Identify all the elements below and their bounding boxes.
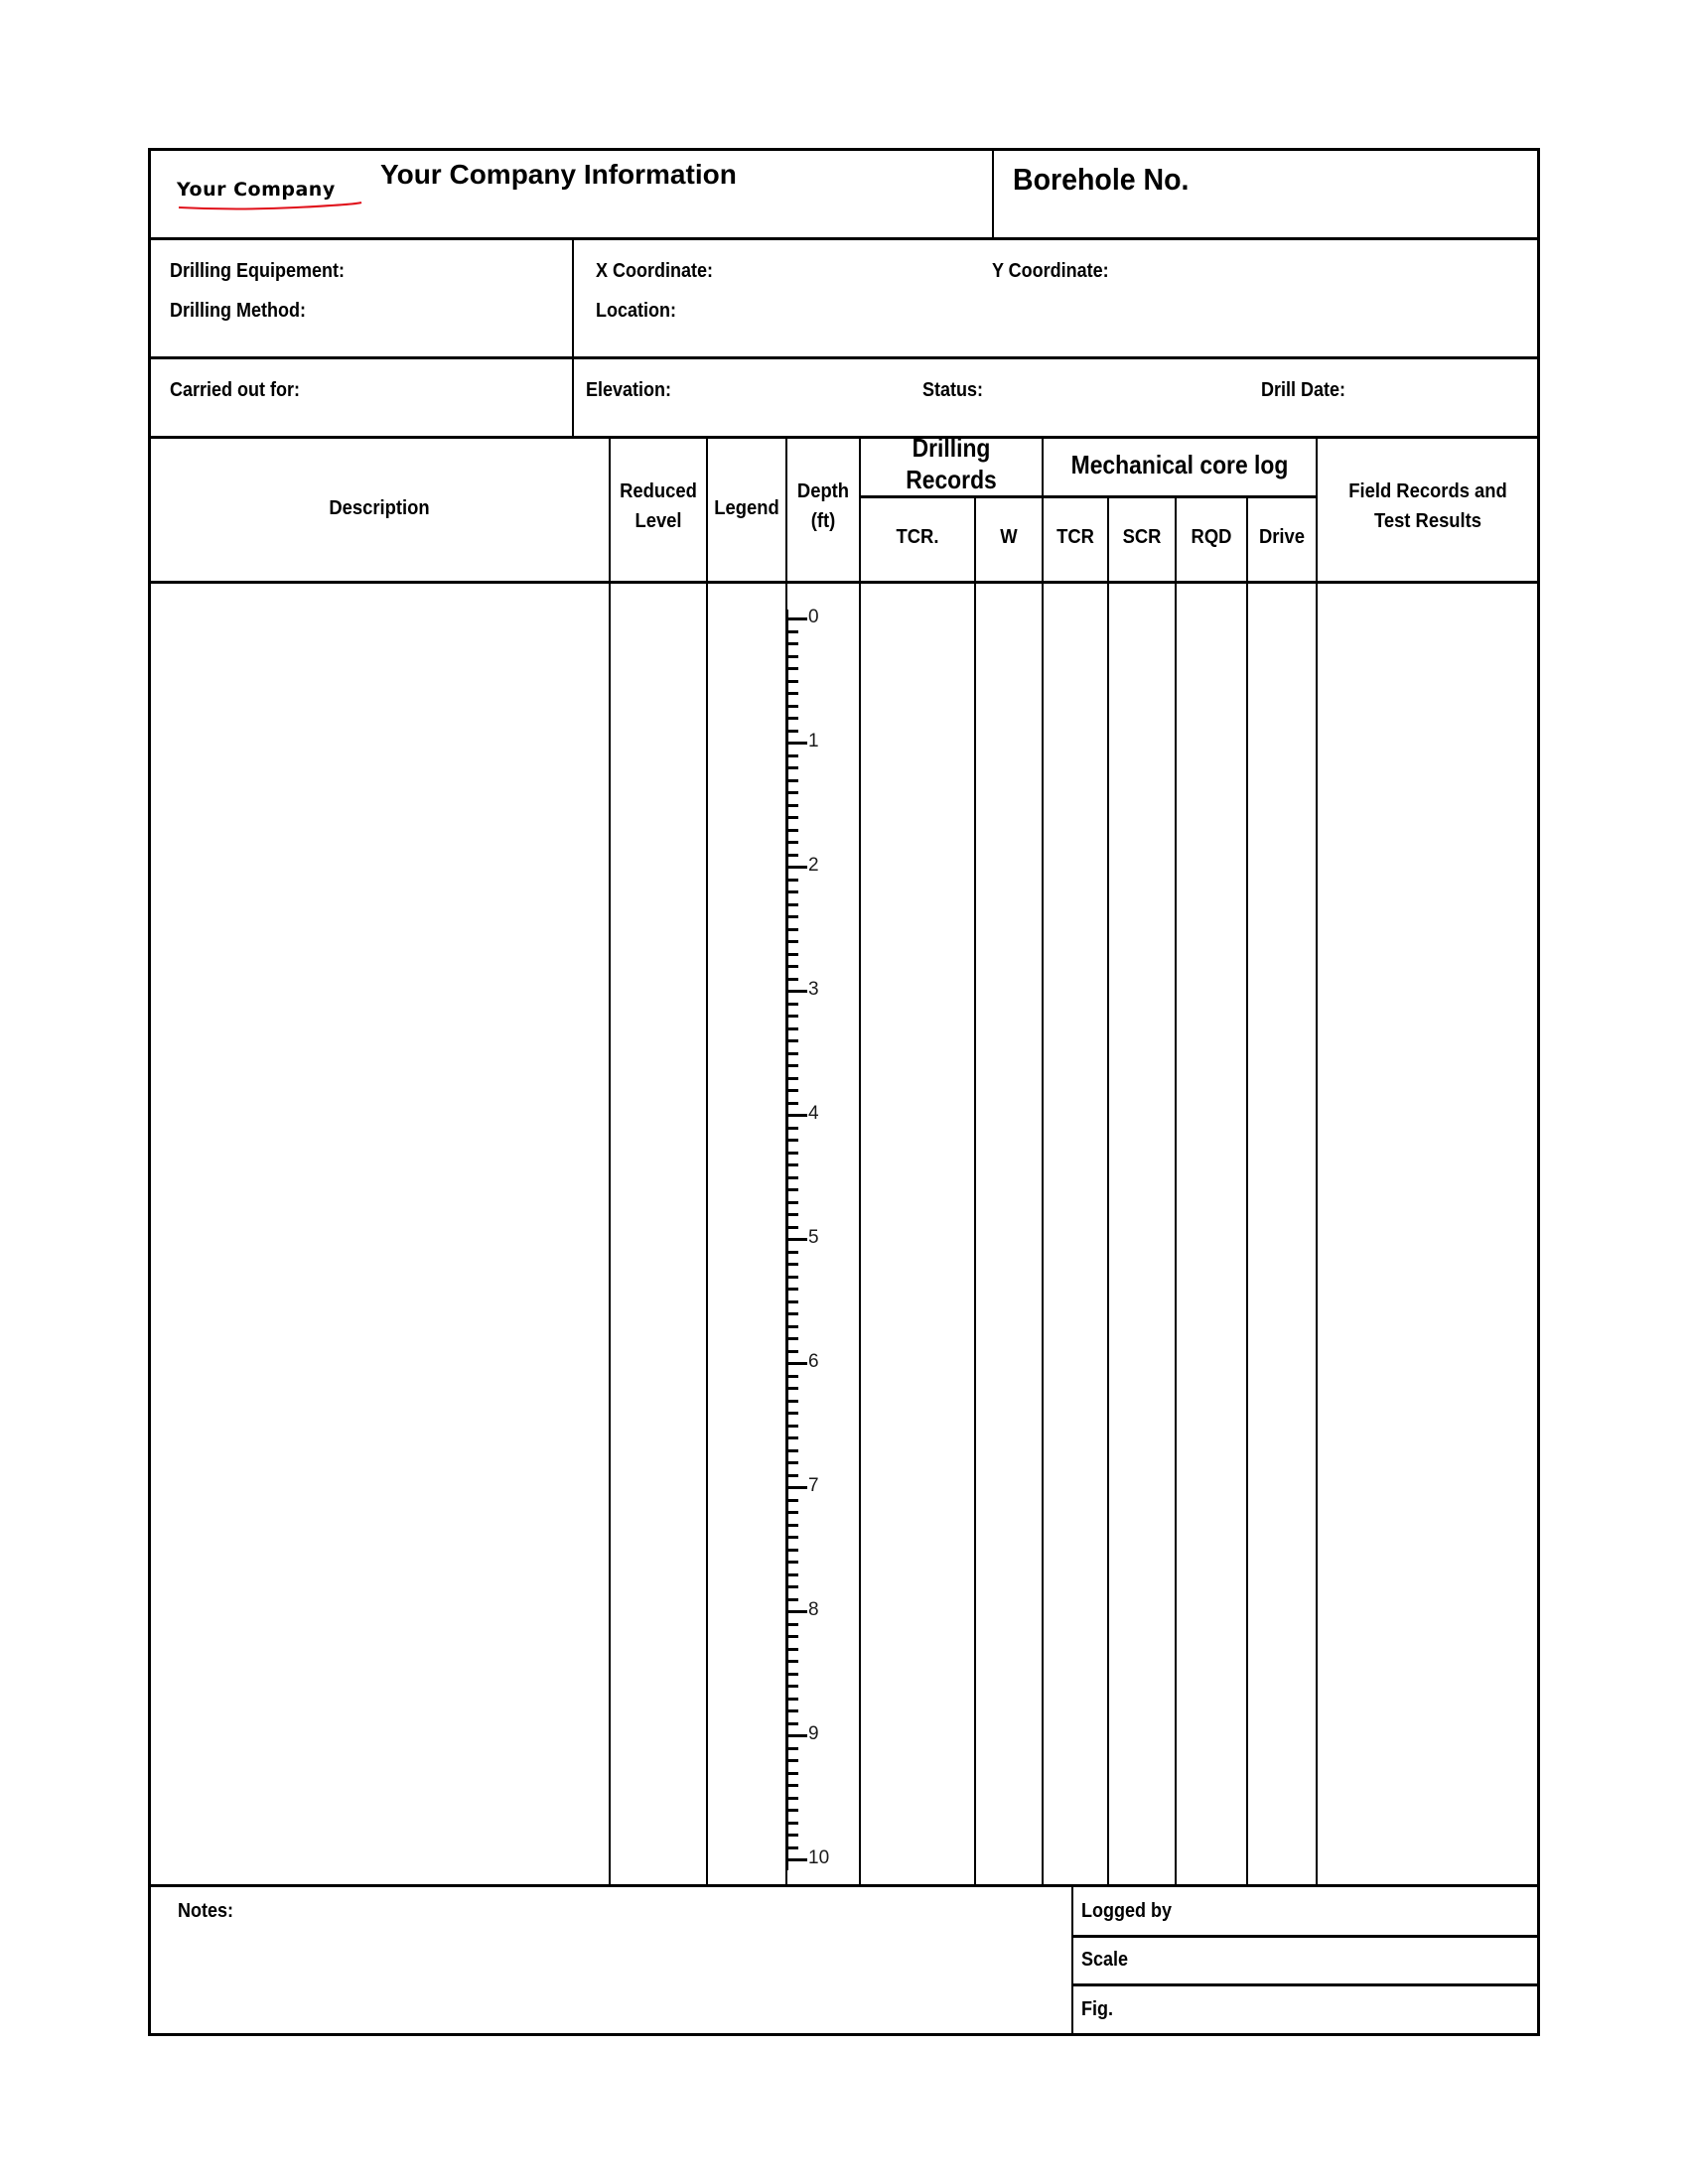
depth-minor-tick bbox=[787, 717, 798, 720]
depth-minor-tick bbox=[787, 1226, 798, 1229]
depth-minor-tick bbox=[787, 692, 798, 695]
depth-minor-tick bbox=[787, 1747, 798, 1750]
company-logo: Your Company bbox=[177, 179, 365, 210]
depth-minor-tick bbox=[787, 766, 798, 769]
depth-minor-tick bbox=[787, 1809, 798, 1812]
status-label: Status: bbox=[922, 379, 983, 402]
depth-major-tick bbox=[787, 617, 807, 620]
depth-minor-tick bbox=[787, 829, 798, 832]
depth-minor-tick bbox=[787, 1698, 798, 1701]
col-header-mechanical-core-log: Mechanical core log bbox=[1059, 449, 1301, 480]
depth-major-tick bbox=[787, 1734, 807, 1737]
depth-major-tick bbox=[787, 990, 807, 993]
depth-minor-tick bbox=[787, 940, 798, 943]
depth-minor-tick bbox=[787, 1436, 798, 1439]
depth-minor-tick bbox=[787, 1163, 798, 1166]
divider-logged-by bbox=[1072, 1935, 1539, 1938]
depth-minor-tick bbox=[787, 1797, 798, 1800]
depth-minor-tick bbox=[787, 680, 798, 683]
depth-minor-tick bbox=[787, 816, 798, 819]
depth-major-tick bbox=[787, 1114, 807, 1117]
depth-minor-tick bbox=[787, 1152, 798, 1155]
divider-subheader bbox=[860, 495, 1317, 498]
depth-minor-tick bbox=[787, 1052, 798, 1055]
depth-minor-tick bbox=[787, 1027, 798, 1030]
col-header-core-scr: SCR bbox=[1111, 522, 1174, 552]
depth-minor-tick bbox=[787, 642, 798, 645]
col-header-core-rqd: RQD bbox=[1179, 522, 1244, 552]
depth-minor-tick bbox=[787, 1201, 798, 1204]
depth-tick-label: 8 bbox=[808, 1600, 819, 1620]
drill-date-label: Drill Date: bbox=[1261, 379, 1345, 402]
depth-minor-tick bbox=[787, 1598, 798, 1601]
fig-label: Fig. bbox=[1081, 1998, 1113, 2021]
depth-minor-tick bbox=[787, 1251, 798, 1254]
logo-swoosh-icon bbox=[177, 199, 365, 210]
depth-minor-tick bbox=[787, 1127, 798, 1130]
depth-minor-tick bbox=[787, 1722, 798, 1725]
depth-minor-tick bbox=[787, 730, 798, 733]
depth-minor-tick bbox=[787, 915, 798, 918]
divider-borehole bbox=[992, 149, 994, 238]
depth-minor-tick bbox=[787, 1449, 798, 1452]
drilling-equipment-label: Drilling Equipement: bbox=[170, 260, 345, 283]
depth-minor-tick bbox=[787, 630, 798, 633]
frame-right bbox=[1537, 148, 1540, 2036]
reduced-level-cell[interactable] bbox=[611, 584, 706, 1884]
depth-minor-tick bbox=[787, 1660, 798, 1663]
depth-tick-label: 3 bbox=[808, 980, 819, 1000]
depth-minor-tick bbox=[787, 879, 798, 882]
depth-minor-tick bbox=[787, 903, 798, 906]
company-title: Your Company Information bbox=[380, 159, 737, 191]
col-header-drilling-tcr: TCR. bbox=[865, 522, 971, 552]
divider-notes bbox=[1071, 1886, 1073, 2035]
depth-tick-label: 0 bbox=[808, 608, 819, 627]
depth-minor-tick bbox=[787, 1834, 798, 1837]
depth-minor-tick bbox=[787, 1015, 798, 1018]
frame-top bbox=[148, 148, 1540, 151]
frame-bottom bbox=[148, 2033, 1540, 2036]
description-cell[interactable] bbox=[151, 584, 609, 1884]
depth-minor-tick bbox=[787, 1709, 798, 1712]
divider-info bbox=[572, 238, 574, 437]
divider-scale bbox=[1072, 1983, 1539, 1986]
core-drive-cell[interactable] bbox=[1248, 584, 1316, 1884]
depth-major-tick bbox=[787, 1362, 807, 1365]
depth-minor-tick bbox=[787, 1536, 798, 1539]
drilling-tcr-cell[interactable] bbox=[861, 584, 974, 1884]
borehole-number-label: Borehole No. bbox=[1013, 162, 1189, 198]
depth-minor-tick bbox=[787, 1759, 798, 1762]
depth-major-tick bbox=[787, 1858, 807, 1861]
col-header-drilling-w: W bbox=[978, 522, 1041, 552]
depth-minor-tick bbox=[787, 705, 798, 708]
depth-minor-tick bbox=[787, 791, 798, 794]
elevation-label: Elevation: bbox=[586, 379, 671, 402]
depth-scale: 012345678910 bbox=[786, 582, 860, 1885]
depth-tick-label: 9 bbox=[808, 1724, 819, 1744]
depth-tick-label: 1 bbox=[808, 732, 819, 751]
depth-minor-tick bbox=[787, 804, 798, 807]
depth-minor-tick bbox=[787, 1474, 798, 1477]
depth-minor-tick bbox=[787, 1511, 798, 1514]
depth-minor-tick bbox=[787, 1139, 798, 1142]
col-header-reduced-level: Reduced Level bbox=[614, 477, 703, 536]
depth-minor-tick bbox=[787, 1822, 798, 1825]
depth-minor-tick bbox=[787, 978, 798, 981]
depth-minor-tick bbox=[787, 1337, 798, 1340]
depth-minor-tick bbox=[787, 655, 798, 658]
depth-minor-tick bbox=[787, 779, 798, 782]
depth-minor-tick bbox=[787, 1039, 798, 1042]
depth-minor-tick bbox=[787, 1648, 798, 1651]
logo-text: Your Company bbox=[177, 179, 336, 201]
depth-major-tick bbox=[787, 742, 807, 745]
depth-major-tick bbox=[787, 1238, 807, 1241]
depth-minor-tick bbox=[787, 1846, 798, 1849]
depth-minor-tick bbox=[787, 1312, 798, 1315]
depth-minor-tick bbox=[787, 1276, 798, 1279]
drilling-method-label: Drilling Method: bbox=[170, 300, 306, 323]
core-scr-cell[interactable] bbox=[1109, 584, 1175, 1884]
col-header-core-drive: Drive bbox=[1250, 522, 1314, 552]
depth-minor-tick bbox=[787, 1573, 798, 1576]
legend-cell[interactable] bbox=[708, 584, 785, 1884]
depth-minor-tick bbox=[787, 1549, 798, 1552]
depth-minor-tick bbox=[787, 841, 798, 844]
depth-minor-tick bbox=[787, 1003, 798, 1006]
col-header-field-records: Field Records and Test Results bbox=[1326, 477, 1530, 536]
depth-minor-tick bbox=[787, 1325, 798, 1328]
logged-by-label: Logged by bbox=[1081, 1900, 1172, 1923]
depth-minor-tick bbox=[787, 965, 798, 968]
depth-minor-tick bbox=[787, 1524, 798, 1527]
depth-tick-label: 4 bbox=[808, 1104, 819, 1124]
depth-tick-label: 2 bbox=[808, 856, 819, 876]
col-header-description: Description bbox=[168, 493, 592, 523]
depth-minor-tick bbox=[787, 1623, 798, 1626]
depth-minor-tick bbox=[787, 1077, 798, 1080]
depth-minor-tick bbox=[787, 1461, 798, 1464]
depth-minor-tick bbox=[787, 953, 798, 956]
depth-minor-tick bbox=[787, 1089, 798, 1092]
scale-label: Scale bbox=[1081, 1949, 1128, 1972]
depth-minor-tick bbox=[787, 1176, 798, 1179]
depth-tick-label: 5 bbox=[808, 1228, 819, 1248]
core-rqd-cell[interactable] bbox=[1177, 584, 1246, 1884]
location-label: Location: bbox=[596, 300, 676, 323]
col-header-legend: Legend bbox=[710, 493, 783, 523]
depth-minor-tick bbox=[787, 1561, 798, 1564]
divider-row1 bbox=[148, 237, 1540, 240]
depth-minor-tick bbox=[787, 1499, 798, 1502]
depth-minor-tick bbox=[787, 1425, 798, 1428]
depth-minor-tick bbox=[787, 1288, 798, 1291]
notes-label: Notes: bbox=[178, 1900, 233, 1923]
depth-minor-tick bbox=[787, 667, 798, 670]
depth-major-tick bbox=[787, 866, 807, 869]
notes-field[interactable] bbox=[151, 1926, 1070, 2031]
depth-minor-tick bbox=[787, 1685, 798, 1688]
col-header-core-tcr: TCR bbox=[1046, 522, 1106, 552]
depth-minor-tick bbox=[787, 928, 798, 931]
y-coordinate-label: Y Coordinate: bbox=[992, 260, 1109, 283]
depth-major-tick bbox=[787, 1610, 807, 1613]
depth-minor-tick bbox=[787, 1772, 798, 1775]
col-header-drilling-records: Drilling Records bbox=[871, 432, 1032, 495]
depth-minor-tick bbox=[787, 1412, 798, 1415]
divider-row2 bbox=[148, 356, 1540, 359]
field-records-cell[interactable] bbox=[1318, 584, 1537, 1884]
col-header-depth: Depth (ft) bbox=[789, 477, 857, 536]
depth-minor-tick bbox=[787, 754, 798, 757]
depth-minor-tick bbox=[787, 1300, 798, 1303]
depth-minor-tick bbox=[787, 1102, 798, 1105]
depth-minor-tick bbox=[787, 1213, 798, 1216]
depth-tick-label: 6 bbox=[808, 1352, 819, 1372]
depth-minor-tick bbox=[787, 854, 798, 857]
divider-row3 bbox=[148, 436, 1540, 439]
depth-minor-tick bbox=[787, 1375, 798, 1378]
depth-minor-tick bbox=[787, 1188, 798, 1191]
depth-minor-tick bbox=[787, 1387, 798, 1390]
drilling-w-cell[interactable] bbox=[976, 584, 1042, 1884]
x-coordinate-label: X Coordinate: bbox=[596, 260, 713, 283]
depth-minor-tick bbox=[787, 1673, 798, 1676]
depth-minor-tick bbox=[787, 890, 798, 893]
depth-minor-tick bbox=[787, 1400, 798, 1403]
depth-minor-tick bbox=[787, 1784, 798, 1787]
depth-minor-tick bbox=[787, 1635, 798, 1638]
carried-out-for-label: Carried out for: bbox=[170, 379, 300, 402]
depth-minor-tick bbox=[787, 1350, 798, 1353]
depth-tick-label: 10 bbox=[808, 1848, 829, 1868]
depth-minor-tick bbox=[787, 1263, 798, 1266]
depth-major-tick bbox=[787, 1486, 807, 1489]
core-tcr-cell[interactable] bbox=[1044, 584, 1107, 1884]
depth-minor-tick bbox=[787, 1585, 798, 1588]
depth-minor-tick bbox=[787, 1064, 798, 1067]
depth-tick-label: 7 bbox=[808, 1476, 819, 1496]
